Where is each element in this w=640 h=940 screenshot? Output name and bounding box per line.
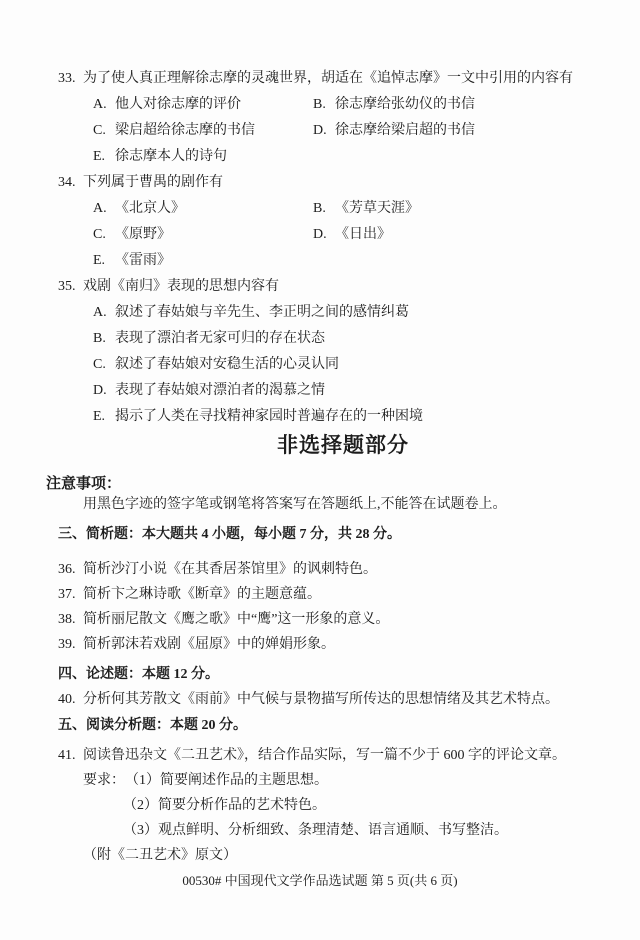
option-label: D. [313,222,335,248]
option-text: 《北京人》 [115,196,185,222]
option-text: 徐志摩给张幼仪的书信 [335,92,475,118]
section-3-header: 三、简析题：本大题共 4 小题，每小题 7 分，共 28 分。 [0,525,640,545]
options-grid: A.《北京人》 B.《芳草天涯》 C.《原野》 D.《日出》 E.《雷雨》 [0,196,640,274]
option-label: B. [93,326,115,352]
requirements-lead: 要求： [83,768,125,793]
question-36: 36.简析沙汀小说《在其香居茶馆里》的讽刺特色。 [0,557,640,582]
option-a: A.他人对徐志摩的评价 [93,92,313,118]
section-5-header: 五、阅读分析题：本题 20 分。 [0,716,640,736]
question-38: 38.简析丽尼散文《鹰之歌》中“鹰”这一形象的意义。 [0,607,640,632]
option-text: 叙述了春姑娘与辛先生、李正明之间的感情纠葛 [115,300,409,326]
option-text: 叙述了春姑娘对安稳生活的心灵认同 [115,352,339,378]
attachment-note: （附《二丑艺术》原文） [0,843,640,868]
question-text: 阅读鲁迅杂文《二丑艺术》，结合作品实际，写一篇不少于 600 字的评论文章。 [83,743,566,768]
requirement-1: （1）简要阐述作品的主题思想。 [125,768,328,793]
question-number: 41. [58,743,83,768]
option-d: D.徐志摩给梁启超的书信 [313,118,640,144]
option-label: A. [93,196,115,222]
question-41: 41.阅读鲁迅杂文《二丑艺术》，结合作品实际，写一篇不少于 600 字的评论文章… [0,743,640,768]
question-34: 34. 下列属于曹禺的剧作有 A.《北京人》 B.《芳草天涯》 C.《原野》 D… [0,170,640,274]
exam-page: 33. 为了使人真正理解徐志摩的灵魂世界，胡适在《追悼志摩》一文中引用的内容有 … [0,0,640,940]
option-label: E. [93,404,115,430]
requirement-3: （3）观点鲜明、分析细致、条理清楚、语言通顺、书写整洁。 [0,818,640,843]
question-text: 简析郭沫若戏剧《屈原》中的婵娟形象。 [83,632,335,657]
option-e: E.徐志摩本人的诗句 [93,144,640,170]
option-label: E. [93,144,115,170]
option-text: 揭示了人类在寻找精神家园时普遍存在的一种困境 [115,404,423,430]
question-text: 简析丽尼散文《鹰之歌》中“鹰”这一形象的意义。 [83,607,389,632]
question-number: 39. [58,632,83,657]
option-text: 他人对徐志摩的评价 [115,92,241,118]
option-e: E.《雷雨》 [93,248,640,274]
option-d: D.表现了春姑娘对漂泊者的渴慕之情 [93,378,640,404]
option-b: B.表现了漂泊者无家可归的存在状态 [93,326,640,352]
option-e: E.揭示了人类在寻找精神家园时普遍存在的一种困境 [93,404,640,430]
option-c: C.叙述了春姑娘对安稳生活的心灵认同 [93,352,640,378]
question-number: 38. [58,607,83,632]
options-list: A.叙述了春姑娘与辛先生、李正明之间的感情纠葛 B.表现了漂泊者无家可归的存在状… [0,300,640,430]
option-text: 徐志摩给梁启超的书信 [335,118,475,144]
options-grid: A.他人对徐志摩的评价 B.徐志摩给张幼仪的书信 C.梁启超给徐志摩的书信 D.… [0,92,640,170]
option-label: A. [93,300,115,326]
option-b: B.《芳草天涯》 [313,196,640,222]
question-number: 40. [58,687,83,712]
question-number: 37. [58,582,83,607]
option-text: 梁启超给徐志摩的书信 [115,118,255,144]
notice-title: 注意事项： [0,474,640,494]
question-number: 34. [58,170,83,196]
option-label: C. [93,222,115,248]
section-4-header: 四、论述题：本题 12 分。 [0,665,640,685]
option-text: 《雷雨》 [115,248,171,274]
notice-body: 用黑色字迹的签字笔或钢笔将答案写在答题纸上,不能答在试题卷上。 [0,495,640,515]
question-number: 33. [58,66,83,92]
question-37: 37.简析卞之琳诗歌《断章》的主题意蕴。 [0,582,640,607]
question-text: 简析卞之琳诗歌《断章》的主题意蕴。 [83,582,321,607]
question-35: 35. 戏剧《南归》表现的思想内容有 A.叙述了春姑娘与辛先生、李正明之间的感情… [0,274,640,430]
question-number: 35. [58,274,83,300]
option-text: 《日出》 [335,222,391,248]
option-label: C. [93,118,115,144]
section-heading: 非选择题部分 [0,432,640,458]
question-stem: 为了使人真正理解徐志摩的灵魂世界，胡适在《追悼志摩》一文中引用的内容有 [83,66,573,92]
option-a: A.叙述了春姑娘与辛先生、李正明之间的感情纠葛 [93,300,640,326]
section-3-items: 36.简析沙汀小说《在其香居茶馆里》的讽刺特色。 37.简析卞之琳诗歌《断章》的… [0,557,640,657]
option-c: C.《原野》 [93,222,313,248]
option-label: B. [313,196,335,222]
question-text: 简析沙汀小说《在其香居茶馆里》的讽刺特色。 [83,557,377,582]
page-footer: 00530# 中国现代文学作品选试题 第 5 页(共 6 页) [0,870,640,889]
question-number: 36. [58,557,83,582]
option-b: B.徐志摩给张幼仪的书信 [313,92,640,118]
question-text: 分析何其芳散文《雨前》中气候与景物描写所传达的思想情绪及其艺术特点。 [83,687,559,712]
option-text: 《芳草天涯》 [335,196,419,222]
option-label: A. [93,92,115,118]
option-text: 徐志摩本人的诗句 [115,144,227,170]
option-text: 表现了春姑娘对漂泊者的渴慕之情 [115,378,325,404]
question-40: 40.分析何其芳散文《雨前》中气候与景物描写所传达的思想情绪及其艺术特点。 [0,687,640,712]
option-c: C.梁启超给徐志摩的书信 [93,118,313,144]
question-39: 39.简析郭沫若戏剧《屈原》中的婵娟形象。 [0,632,640,657]
option-text: 表现了漂泊者无家可归的存在状态 [115,326,325,352]
requirements-line-1: 要求：（1）简要阐述作品的主题思想。 [0,768,640,793]
option-label: B. [313,92,335,118]
option-a: A.《北京人》 [93,196,313,222]
option-d: D.《日出》 [313,222,640,248]
option-label: E. [93,248,115,274]
question-stem: 下列属于曹禺的剧作有 [83,170,223,196]
option-text: 《原野》 [115,222,171,248]
option-label: D. [313,118,335,144]
option-label: D. [93,378,115,404]
option-label: C. [93,352,115,378]
question-stem: 戏剧《南归》表现的思想内容有 [83,274,279,300]
question-33: 33. 为了使人真正理解徐志摩的灵魂世界，胡适在《追悼志摩》一文中引用的内容有 … [0,66,640,170]
requirement-2: （2）简要分析作品的艺术特色。 [0,793,640,818]
